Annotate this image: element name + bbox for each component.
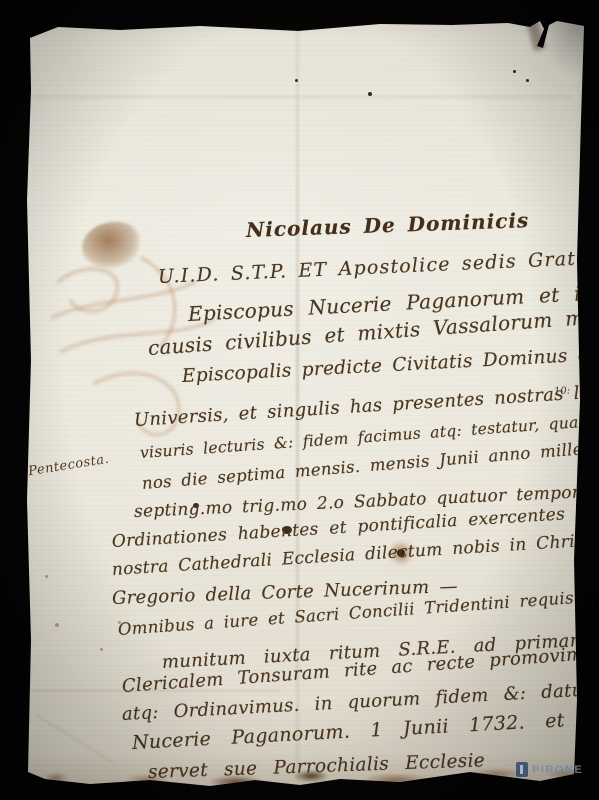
tear-shadow xyxy=(526,19,545,51)
foxing-spot xyxy=(100,648,103,651)
manuscript-sheet: Pentecosta. Nicolaus De Dominicis U.I.D.… xyxy=(0,0,599,800)
corner-crease xyxy=(36,714,113,763)
horizontal-crease xyxy=(32,96,572,98)
manuscript-heading: Nicolaus De Dominicis xyxy=(246,208,530,242)
ink-spot xyxy=(526,79,529,82)
ink-spot xyxy=(513,70,516,73)
ink-spot xyxy=(295,79,298,82)
watermark: PIRONE xyxy=(516,762,583,777)
watermark-logo-icon xyxy=(516,762,528,777)
foxing-spot xyxy=(45,575,48,578)
foxing-spot xyxy=(55,623,59,627)
watermark-text: PIRONE xyxy=(532,764,583,776)
corner-shading xyxy=(540,18,586,78)
photograph-of-manuscript: Pentecosta. Nicolaus De Dominicis U.I.D.… xyxy=(0,0,599,800)
ink-spot xyxy=(368,92,372,96)
